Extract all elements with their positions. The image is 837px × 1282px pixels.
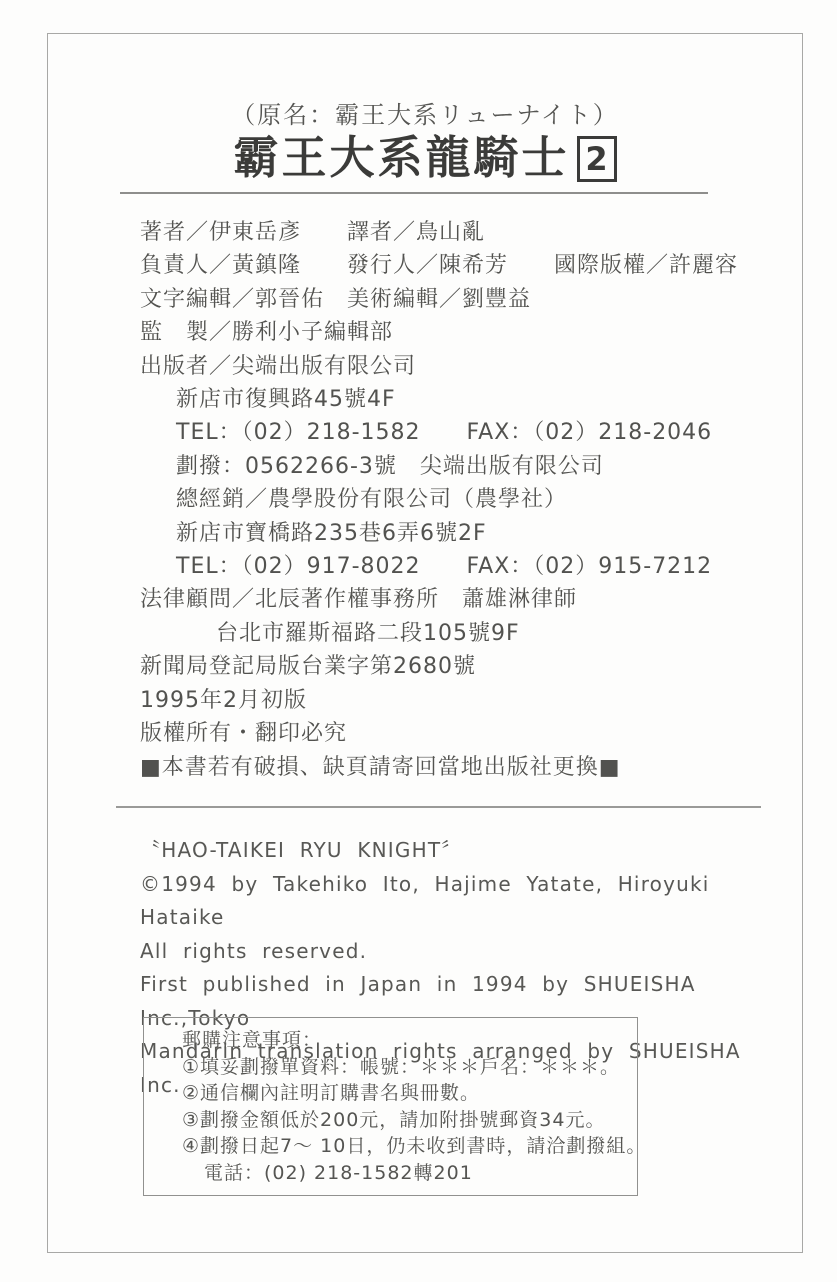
colophon-line-postal-account: 劃撥：0562266-3號 尖端出版有限公司 bbox=[140, 450, 780, 483]
colophon-line-publisher: 出版者／尖端出版有限公司 bbox=[140, 350, 780, 383]
colophon-line-distributor: 總經銷／農學股份有限公司（農學社） bbox=[140, 483, 780, 516]
colophon-line-authors: 著者／伊東岳彥 譯者／鳥山亂 bbox=[140, 216, 780, 249]
colophon-line-address-2: 新店市寶橋路235巷6弄6號2F bbox=[140, 517, 780, 550]
mail-order-title: 郵購注意事項： bbox=[182, 1027, 629, 1054]
book-title: 霸王大系龍騎士2 bbox=[48, 132, 802, 184]
colophon-line-publisher-roles: 負責人／黃鎮隆 發行人／陳希芳 國際版權／許麗容 bbox=[140, 249, 780, 282]
mail-order-phone: 電話：(02) 218-1582轉201 bbox=[182, 1160, 629, 1187]
colophon-line-registration: 新聞局登記局版台業字第2680號 bbox=[140, 650, 780, 683]
page-frame: （原名：霸王大系リューナイト） 霸王大系龍騎士2 著者／伊東岳彥 譯者／鳥山亂 … bbox=[47, 33, 803, 1253]
colophon-line-legal-advisor: 法律顧問／北辰著作權事務所 蕭雄淋律師 bbox=[140, 583, 780, 616]
colophon-line-legal-address: 台北市羅斯福路二段105號9F bbox=[140, 617, 780, 650]
mail-order-item-1: ①填妥劃撥單資料：帳號：＊＊＊戶名：＊＊＊。 bbox=[182, 1054, 629, 1081]
colophon-line-tel-fax-1: TEL：（02）218-1582 FAX：（02）218-2046 bbox=[140, 416, 780, 449]
book-title-text: 霸王大系龍騎士 bbox=[233, 131, 569, 184]
colophon-line-editors: 文字編輯／郭晉佑 美術編輯／劉豐益 bbox=[140, 283, 780, 316]
mail-order-item-4: ④劃撥日起7～ 10日，仍未收到書時，請洽劃撥組。 bbox=[182, 1133, 629, 1160]
colophon-page: （原名：霸王大系リューナイト） 霸王大系龍騎士2 著者／伊東岳彥 譯者／鳥山亂 … bbox=[0, 0, 837, 1282]
volume-number-box: 2 bbox=[577, 136, 617, 182]
english-line-rights: All rights reserved. bbox=[140, 935, 780, 969]
colophon-section: 著者／伊東岳彥 譯者／鳥山亂 負責人／黃鎮隆 發行人／陳希芳 國際版權／許麗容 … bbox=[140, 216, 780, 784]
mail-order-item-3: ③劃撥金額低於200元，請加附掛號郵資34元。 bbox=[182, 1107, 629, 1134]
mail-order-item-2: ②通信欄內註明訂購書名與冊數。 bbox=[182, 1080, 629, 1107]
section-divider bbox=[116, 806, 761, 808]
english-line-title: 〝HAO-TAIKEI RYU KNIGHT〞 bbox=[140, 834, 780, 868]
colophon-line-tel-fax-2: TEL：（02）917-8022 FAX：（02）915-7212 bbox=[140, 550, 780, 583]
colophon-line-copyright-notice: 版權所有・翻印必究 bbox=[140, 717, 780, 750]
colophon-line-address-1: 新店市復興路45號4F bbox=[140, 383, 780, 416]
colophon-line-supervision: 監 製／勝利小子編輯部 bbox=[140, 316, 780, 349]
mail-order-box: 郵購注意事項： ①填妥劃撥單資料：帳號：＊＊＊戶名：＊＊＊。 ②通信欄內註明訂購… bbox=[143, 1017, 638, 1196]
colophon-line-damage-notice: ■本書若有破損、缺頁請寄回當地出版社更換■ bbox=[140, 751, 780, 784]
english-line-copyright: ©1994 by Takehiko Ito, Hajime Yatate, Hi… bbox=[140, 868, 780, 935]
colophon-line-edition-date: 1995年2月初版 bbox=[140, 684, 780, 717]
original-title-line: （原名：霸王大系リューナイト） bbox=[48, 95, 802, 130]
title-divider bbox=[120, 192, 708, 194]
